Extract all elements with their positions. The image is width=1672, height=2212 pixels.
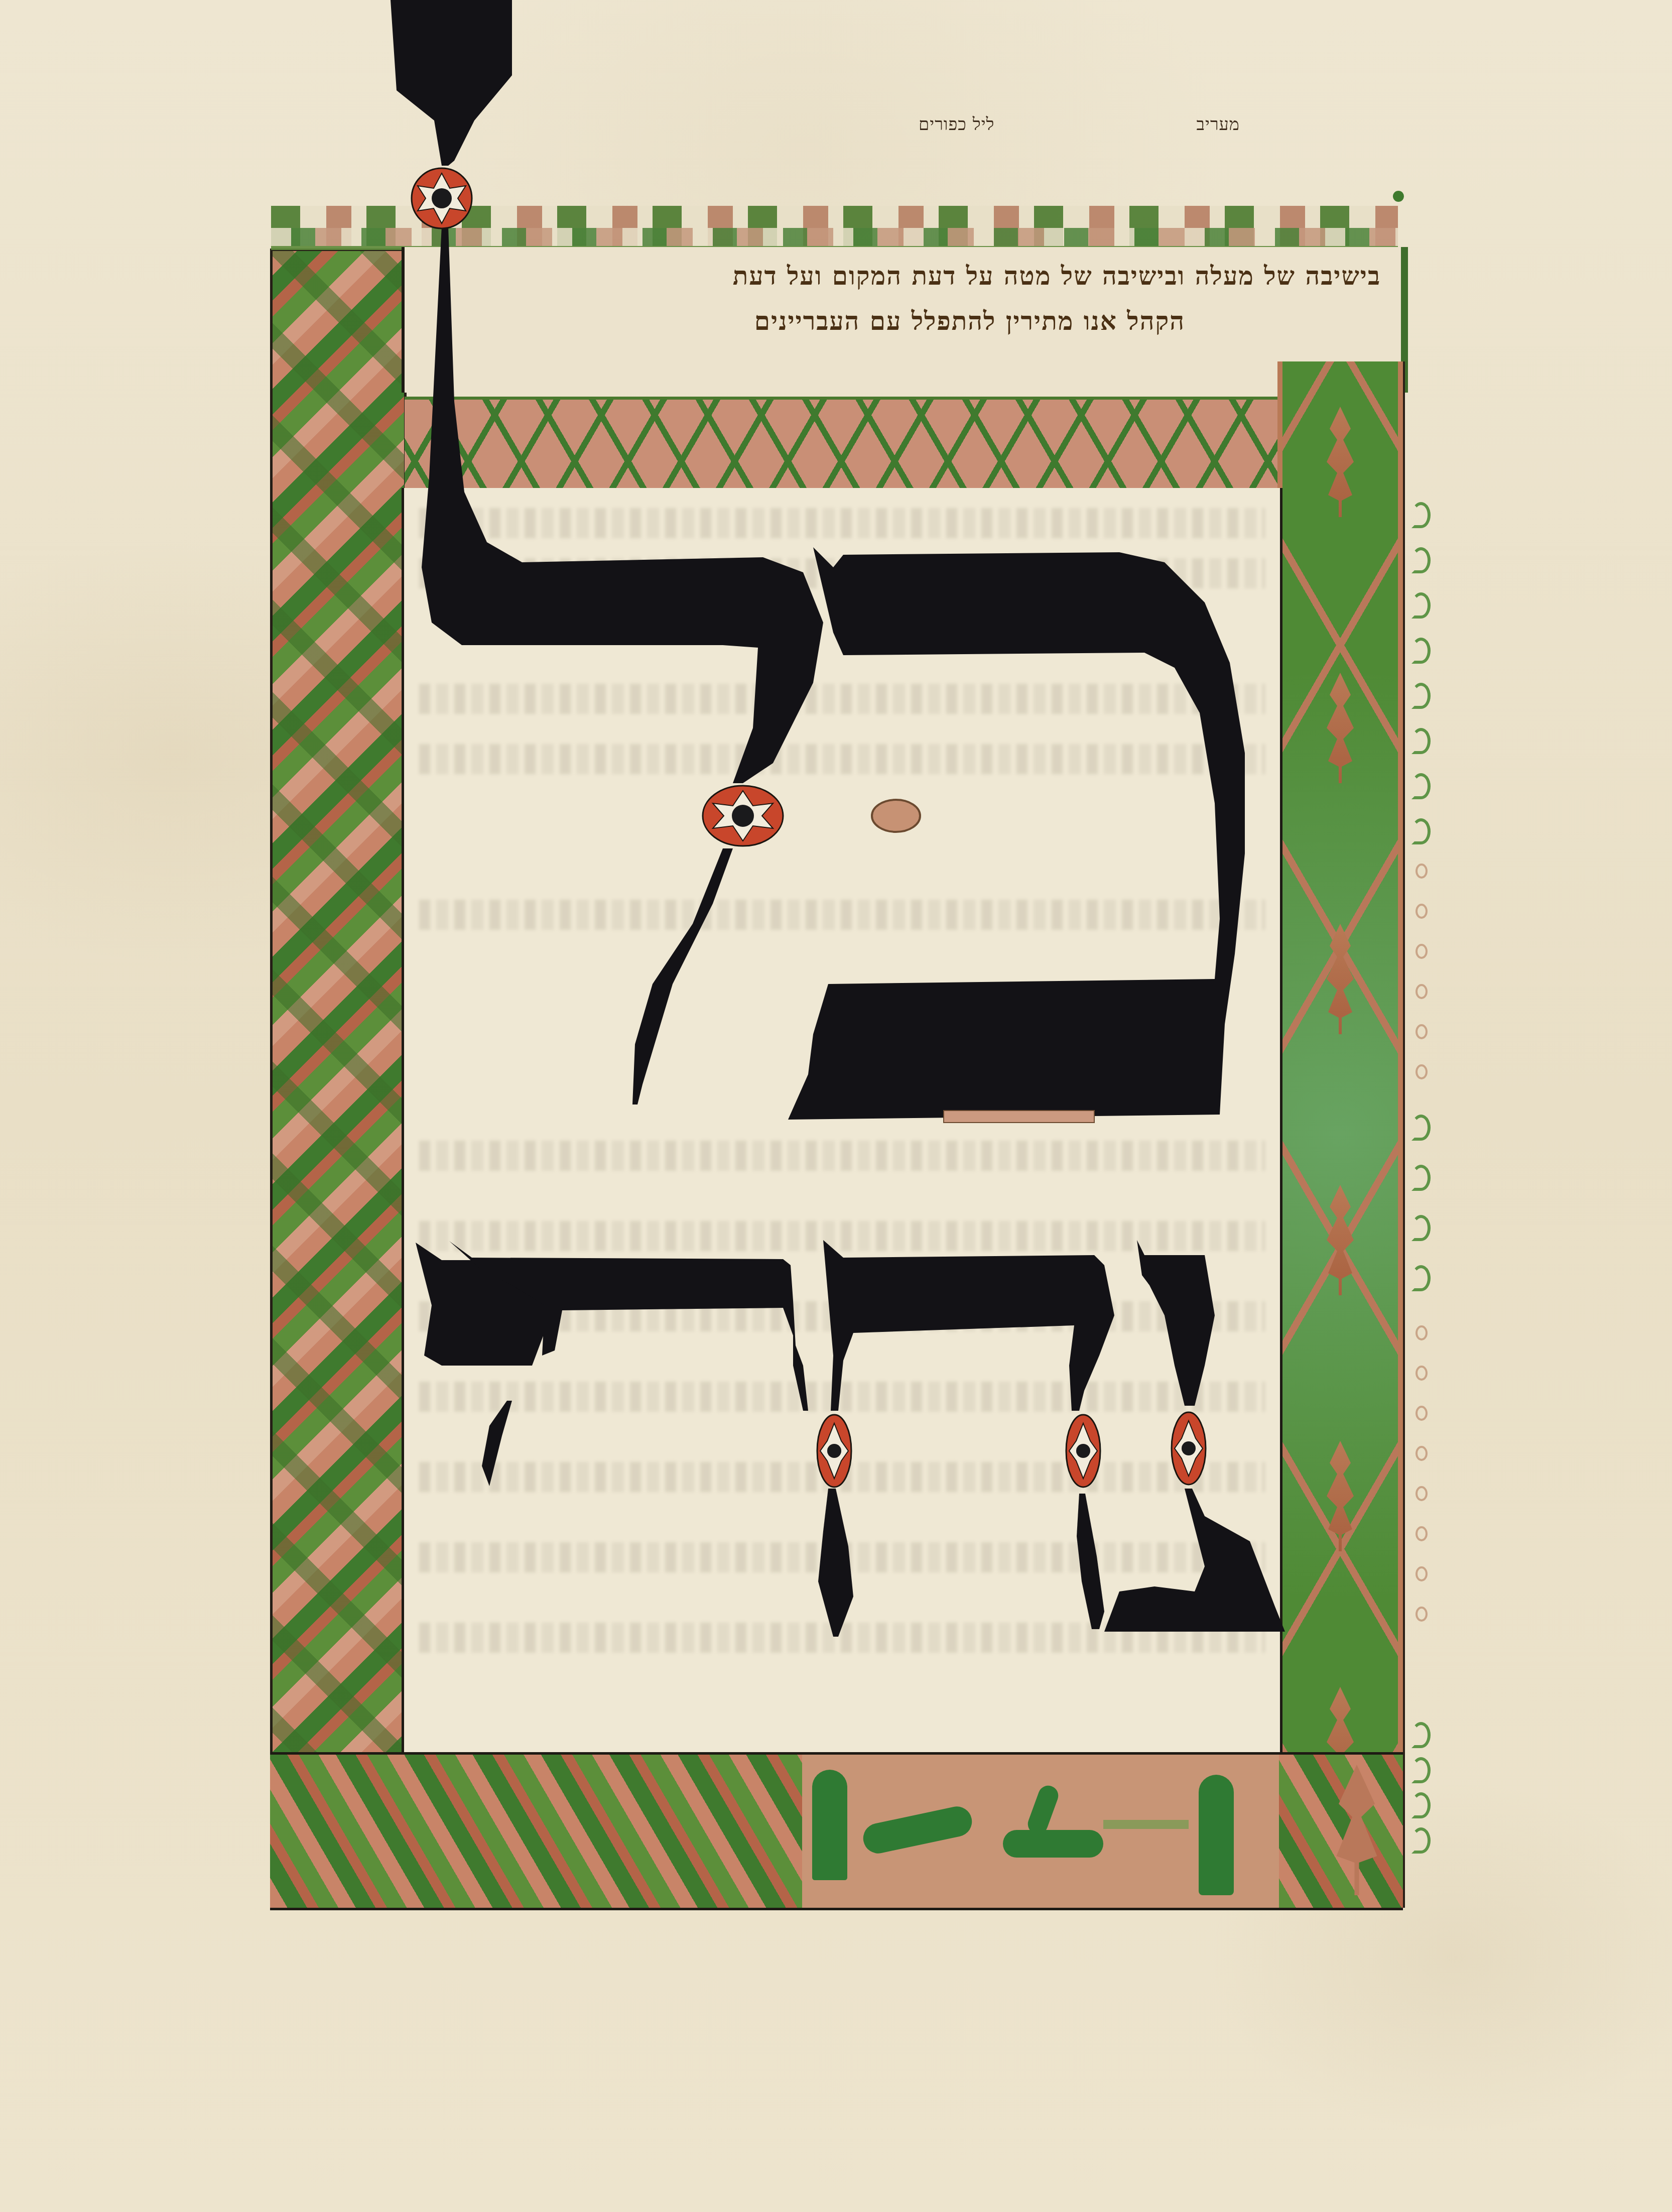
hound-figure xyxy=(860,1804,975,1856)
top-text-panel: בישיבה של מעלה ובישיבה של מטה על דעת המק… xyxy=(402,247,1408,393)
hunter-figure xyxy=(1199,1775,1234,1895)
top-checkered-band xyxy=(271,206,1398,250)
right-foliate-border xyxy=(1277,361,1405,1908)
deer-antler xyxy=(1025,1783,1061,1837)
running-header-right: מעריב xyxy=(1197,114,1240,135)
tree-figure xyxy=(812,1770,847,1880)
bottom-hunting-band xyxy=(270,1752,1403,1910)
deer-figure xyxy=(1003,1830,1103,1858)
star-lattice-band xyxy=(405,397,1278,493)
running-header-left: ליל כפורים xyxy=(919,114,995,135)
foliage-motif xyxy=(1334,1765,1379,1895)
running-header: מעריב ליל כפורים xyxy=(919,114,1240,135)
top-right-finial xyxy=(1393,191,1404,202)
left-chevron-border xyxy=(270,249,407,1760)
spear xyxy=(1103,1820,1189,1829)
top-text-line-1: בישיבה של מעלה ובישיבה של מטה על דעת המק… xyxy=(733,261,1381,291)
main-panel xyxy=(402,488,1282,1753)
top-text-line-2: הקהל אנו מתירין להתפלל עם העבריינים xyxy=(754,306,1185,336)
